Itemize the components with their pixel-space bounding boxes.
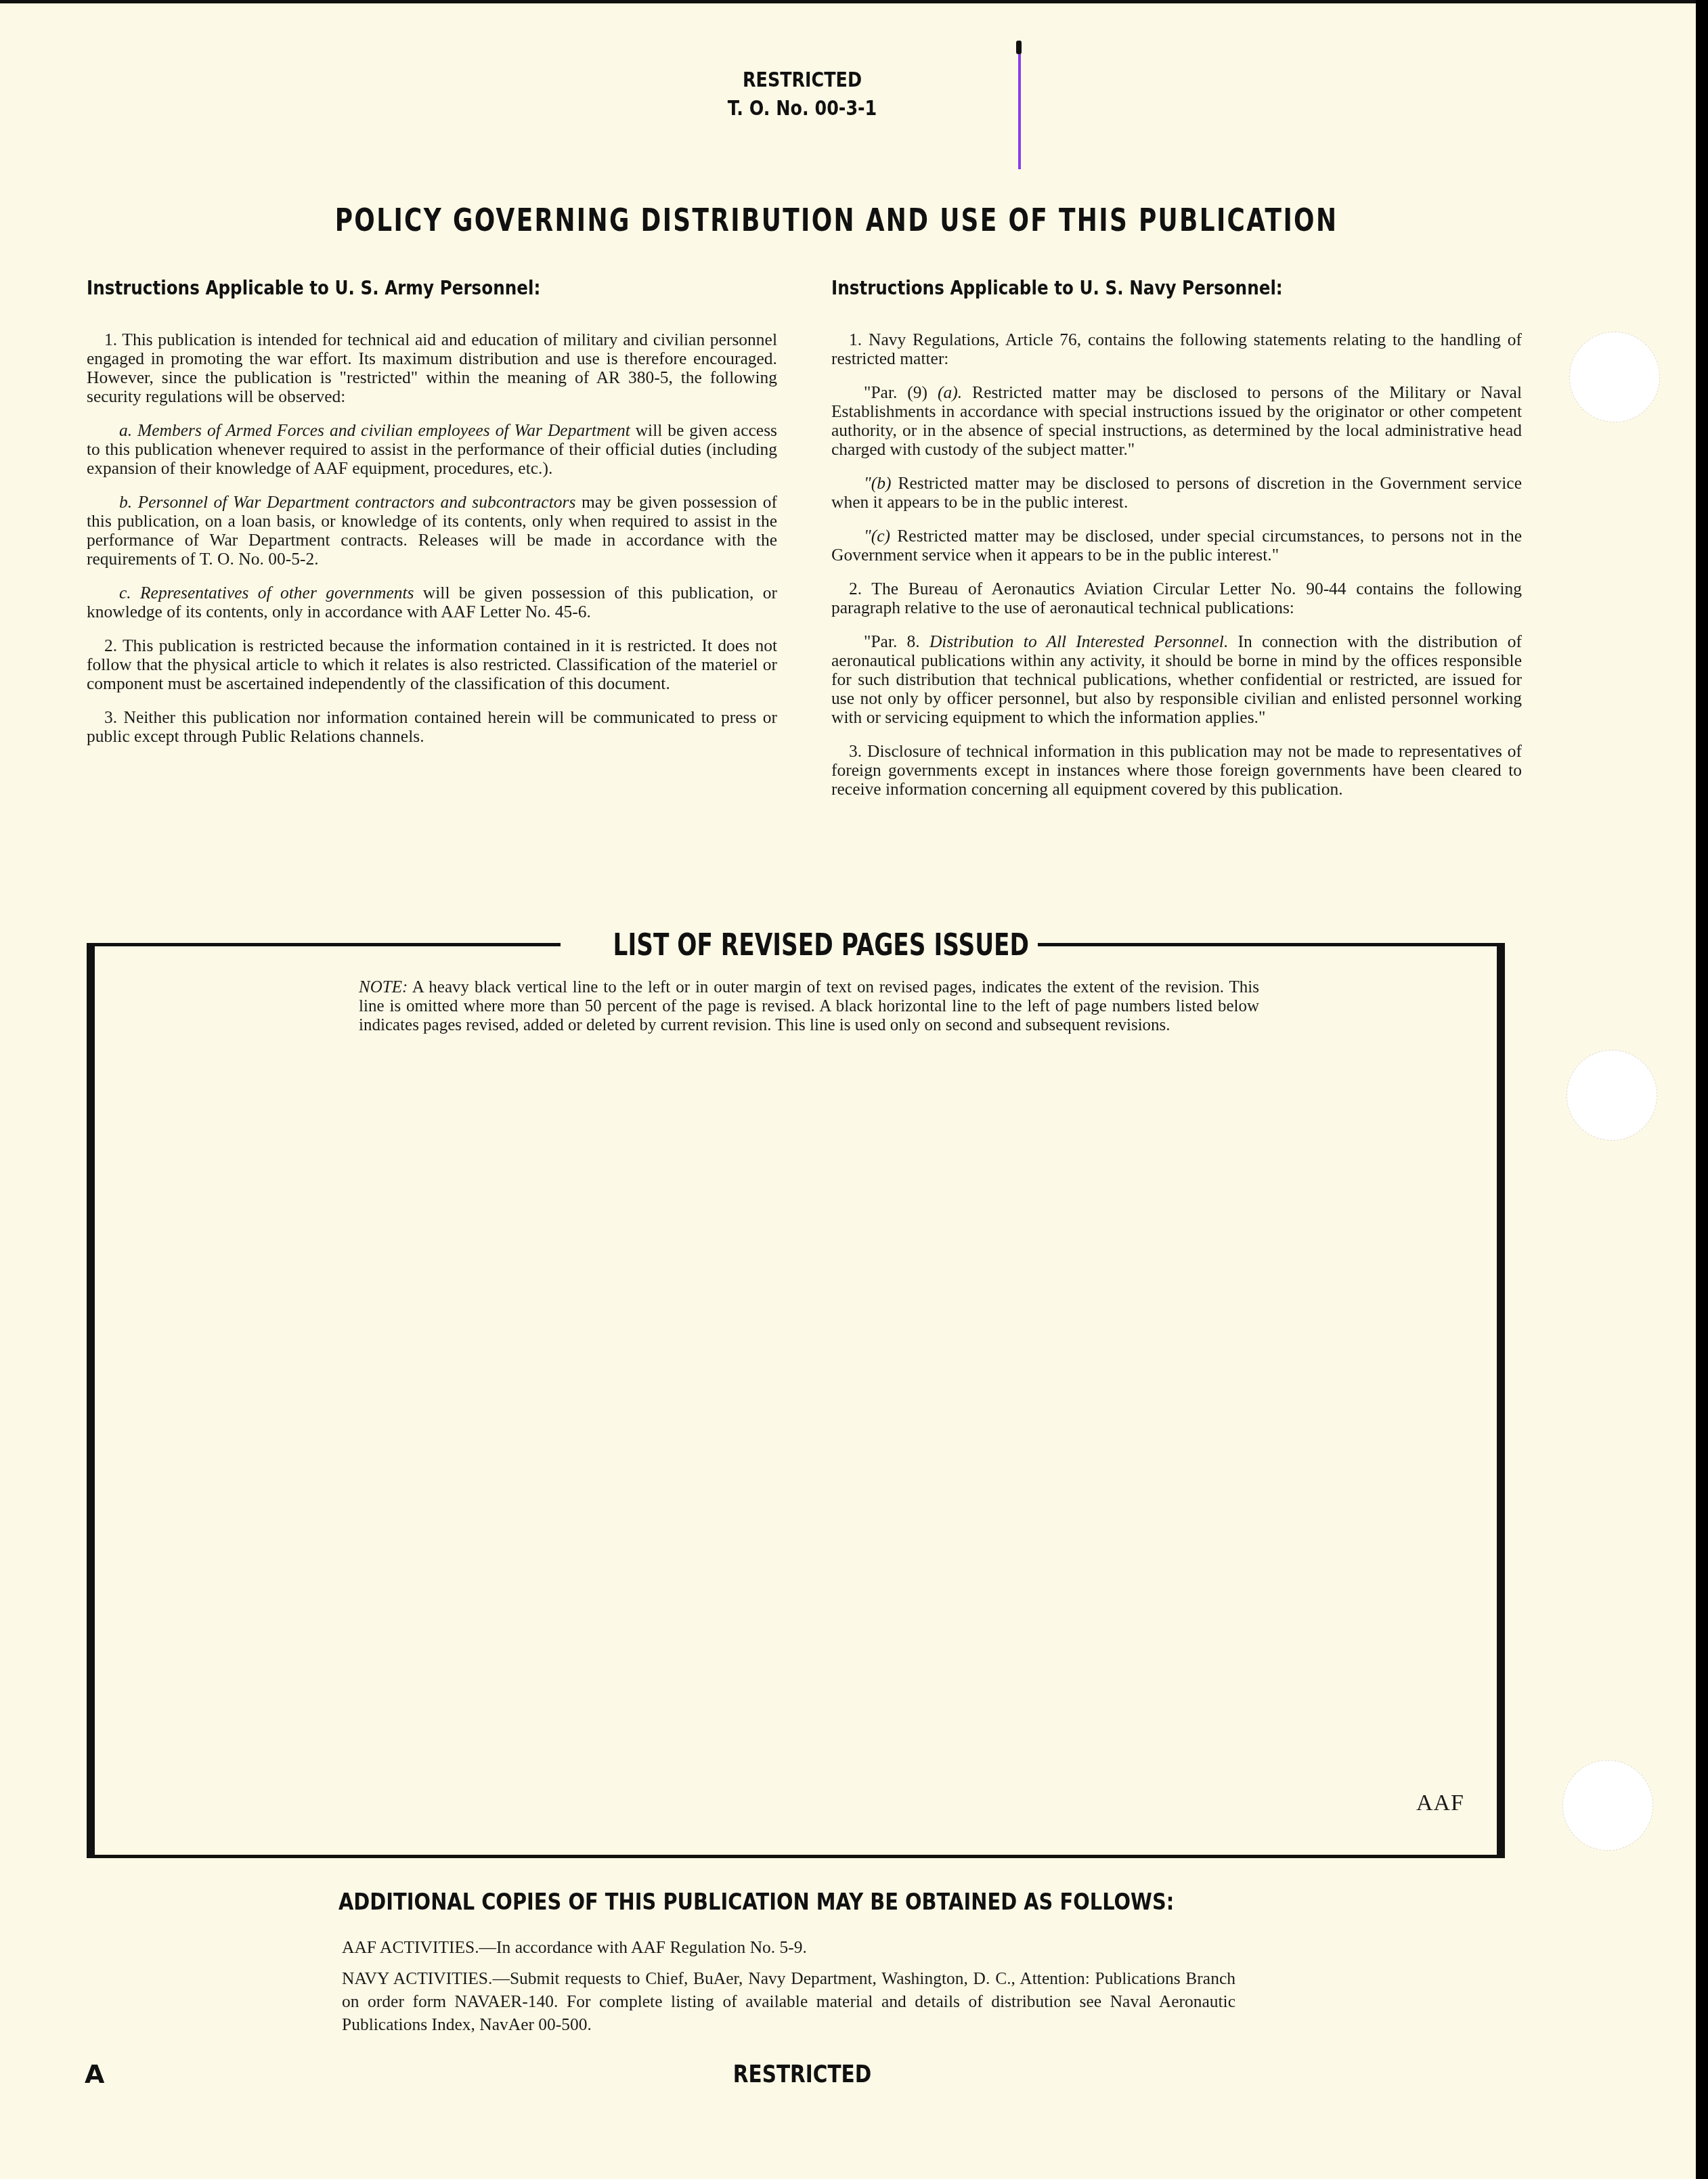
navy-para-a: "Par. (9) (a). Restricted matter may be … (831, 383, 1522, 459)
navy-para-8-lead: "Par. 8. (864, 632, 929, 651)
navy-para-a-label: (a). (938, 382, 962, 402)
navy-para-c-label: "(c) (864, 526, 890, 546)
note-text: A heavy black vertical line to the left … (359, 978, 1259, 1034)
revised-pages-box: LIST OF REVISED PAGES ISSUED NOTE: A hea… (87, 943, 1505, 1858)
army-para-c-lead: c. Representatives of other governments (119, 583, 414, 602)
binder-hole-icon (1569, 332, 1660, 422)
navy-para-b-label: "(b) (864, 473, 891, 493)
navy-para-8-title: Distribution to All Interested Personnel… (929, 632, 1228, 651)
box-border-top-left (87, 943, 561, 946)
footer-classification: RESTRICTED (144, 2061, 1460, 2088)
aaf-stamp: AAF (1416, 1790, 1464, 1816)
scan-right-edge (1696, 0, 1708, 2179)
army-para-a-lead: a. Members of Armed Forces and civilian … (119, 420, 630, 440)
army-heading: Instructions Applicable to U. S. Army Pe… (87, 279, 695, 298)
box-border-left (87, 946, 95, 1858)
revised-pages-title: LIST OF REVISED PAGES ISSUED (613, 928, 986, 963)
navy-heading: Instructions Applicable to U. S. Navy Pe… (831, 279, 1439, 298)
army-para-1: 1. This publication is intended for tech… (87, 330, 777, 406)
army-para-2: 2. This publication is restricted becaus… (87, 636, 777, 693)
aaf-activities: AAF ACTIVITIES.—In accordance with AAF R… (342, 1936, 1235, 1959)
header-classification: RESTRICTED (144, 68, 1460, 92)
army-para-c: c. Representatives of other governments … (87, 584, 777, 621)
box-border-bottom (87, 1855, 1505, 1858)
army-para-b: b. Personnel of War Department contracto… (87, 493, 777, 569)
additional-copies-title: ADDITIONAL COPIES OF THIS PUBLICATION MA… (338, 1889, 1144, 1916)
army-para-3: 3. Neither this publication nor informat… (87, 708, 777, 746)
binder-hole-icon (1562, 1760, 1653, 1851)
army-para-a: a. Members of Armed Forces and civilian … (87, 421, 777, 478)
army-instructions: Instructions Applicable to U. S. Army Pe… (87, 279, 777, 761)
navy-para-1: 1. Navy Regulations, Article 76, contain… (831, 330, 1522, 368)
revision-note: NOTE: A heavy black vertical line to the… (359, 978, 1259, 1035)
header-to-number: T. O. No. 00-3-1 (144, 96, 1460, 120)
page-number: A (85, 2059, 104, 2089)
binder-hole-icon (1567, 1050, 1657, 1141)
army-para-b-lead: b. Personnel of War Department contracto… (119, 492, 575, 512)
navy-activities: NAVY ACTIVITIES.—Submit requests to Chie… (342, 1967, 1235, 2036)
navy-instructions: Instructions Applicable to U. S. Navy Pe… (831, 279, 1522, 814)
navy-para-2: 2. The Bureau of Aeronautics Aviation Ci… (831, 579, 1522, 617)
page-title: POLICY GOVERNING DISTRIBUTION AND USE OF… (335, 202, 1270, 238)
document-page: RESTRICTED T. O. No. 00-3-1 POLICY GOVER… (0, 0, 1708, 2179)
box-border-top-right (1038, 943, 1505, 946)
navy-para-a-lead: "Par. (9) (864, 382, 938, 402)
box-border-right (1497, 946, 1505, 1858)
note-label: NOTE: (359, 978, 408, 996)
navy-para-c: "(c) Restricted matter may be disclosed,… (831, 527, 1522, 565)
navy-para-b: "(b) Restricted matter may be disclosed … (831, 474, 1522, 512)
navy-para-8: "Par. 8. Distribution to All Interested … (831, 632, 1522, 727)
navy-para-c-text: Restricted matter may be disclosed, unde… (831, 526, 1522, 565)
scan-top-edge (0, 0, 1708, 3)
navy-para-b-text: Restricted matter may be disclosed to pe… (831, 473, 1522, 512)
navy-para-3: 3. Disclosure of technical information i… (831, 742, 1522, 799)
